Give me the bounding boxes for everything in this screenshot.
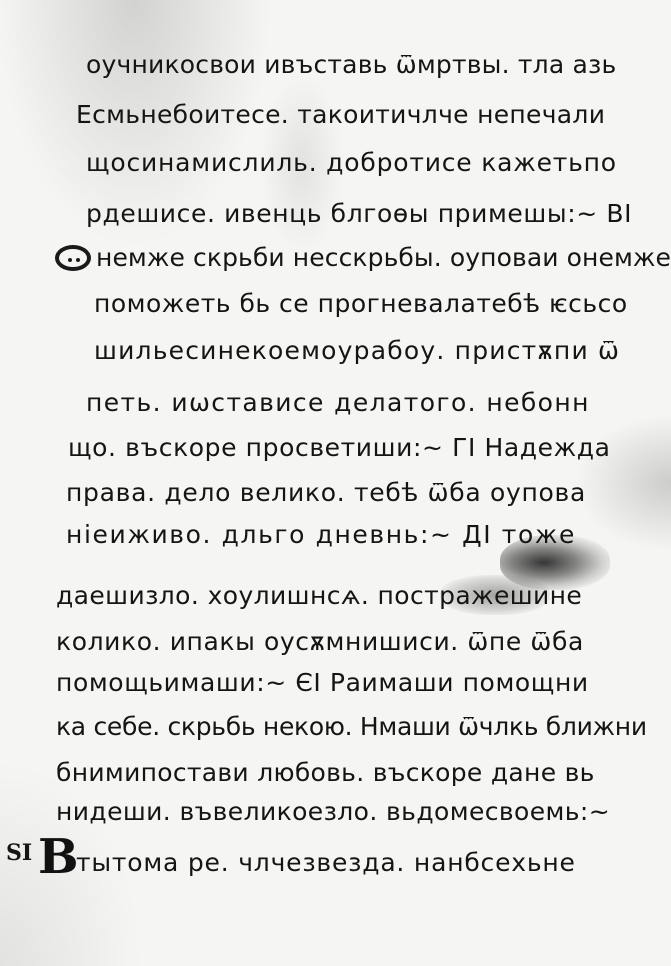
manuscript-line-16: бнимипостави любовь. въскоре дане вь <box>56 758 595 788</box>
initial-letter: В <box>38 832 79 882</box>
margin-number-si: SI <box>6 840 32 866</box>
manuscript-line-11: ніеиживо. дльго дневнь:~ ДІ тоже <box>66 520 576 550</box>
manuscript-line-2: Есмьнебоитесе. такоитичлче непечали <box>76 100 605 130</box>
manuscript-line-5: немже скрьби несскрьбы. оуповаи онемже <box>96 243 671 273</box>
manuscript-line-18: тытома ре. члчезвезда. нанбсехьне <box>76 848 576 878</box>
manuscript-line-17: нидеши. въвеликоезло. вьдомесвоемь:~ <box>56 797 610 827</box>
manuscript-line-3: щосинамислиль. добротисе кажетьпо <box>86 148 617 178</box>
manuscript-line-15: ка себе. скрьбь некою. Hмаши ѿчлкь ближн… <box>56 712 647 742</box>
manuscript-line-9: що. въскоре просветиши:~ ГІ Надежда <box>68 433 611 463</box>
manuscript-line-13: колико. ипакы оусѫмнишиси. ѿпе ѿба <box>56 627 584 657</box>
manuscript-line-6: поможеть бь се прогневалатебѣ ѥсьсо <box>94 289 628 319</box>
manuscript-line-12: даешизло. хоулишнсѧ. постражешине <box>56 581 582 611</box>
circle-paragraph-mark-icon <box>55 245 91 271</box>
manuscript-line-1: оучникосвои ивъставь ѿмртвы. тла азь <box>86 50 616 80</box>
manuscript-line-4: рдешисе. ивенць блгоѳы примешы:~ ВІ <box>86 199 632 229</box>
manuscript-line-7: шильесинекоемоурабоу. пристѫпи ѿ <box>94 336 620 366</box>
manuscript-page: оучникосвои ивъставь ѿмртвы. тла азь Есм… <box>0 0 671 966</box>
manuscript-line-14: помощьимаши:~ ЄІ Раимаши помощни <box>56 668 589 698</box>
manuscript-line-10: права. дело велико. тебѣ ѿба оупова <box>66 478 586 508</box>
manuscript-line-8: петь. иѡстависе делатого. небонн <box>86 388 590 418</box>
